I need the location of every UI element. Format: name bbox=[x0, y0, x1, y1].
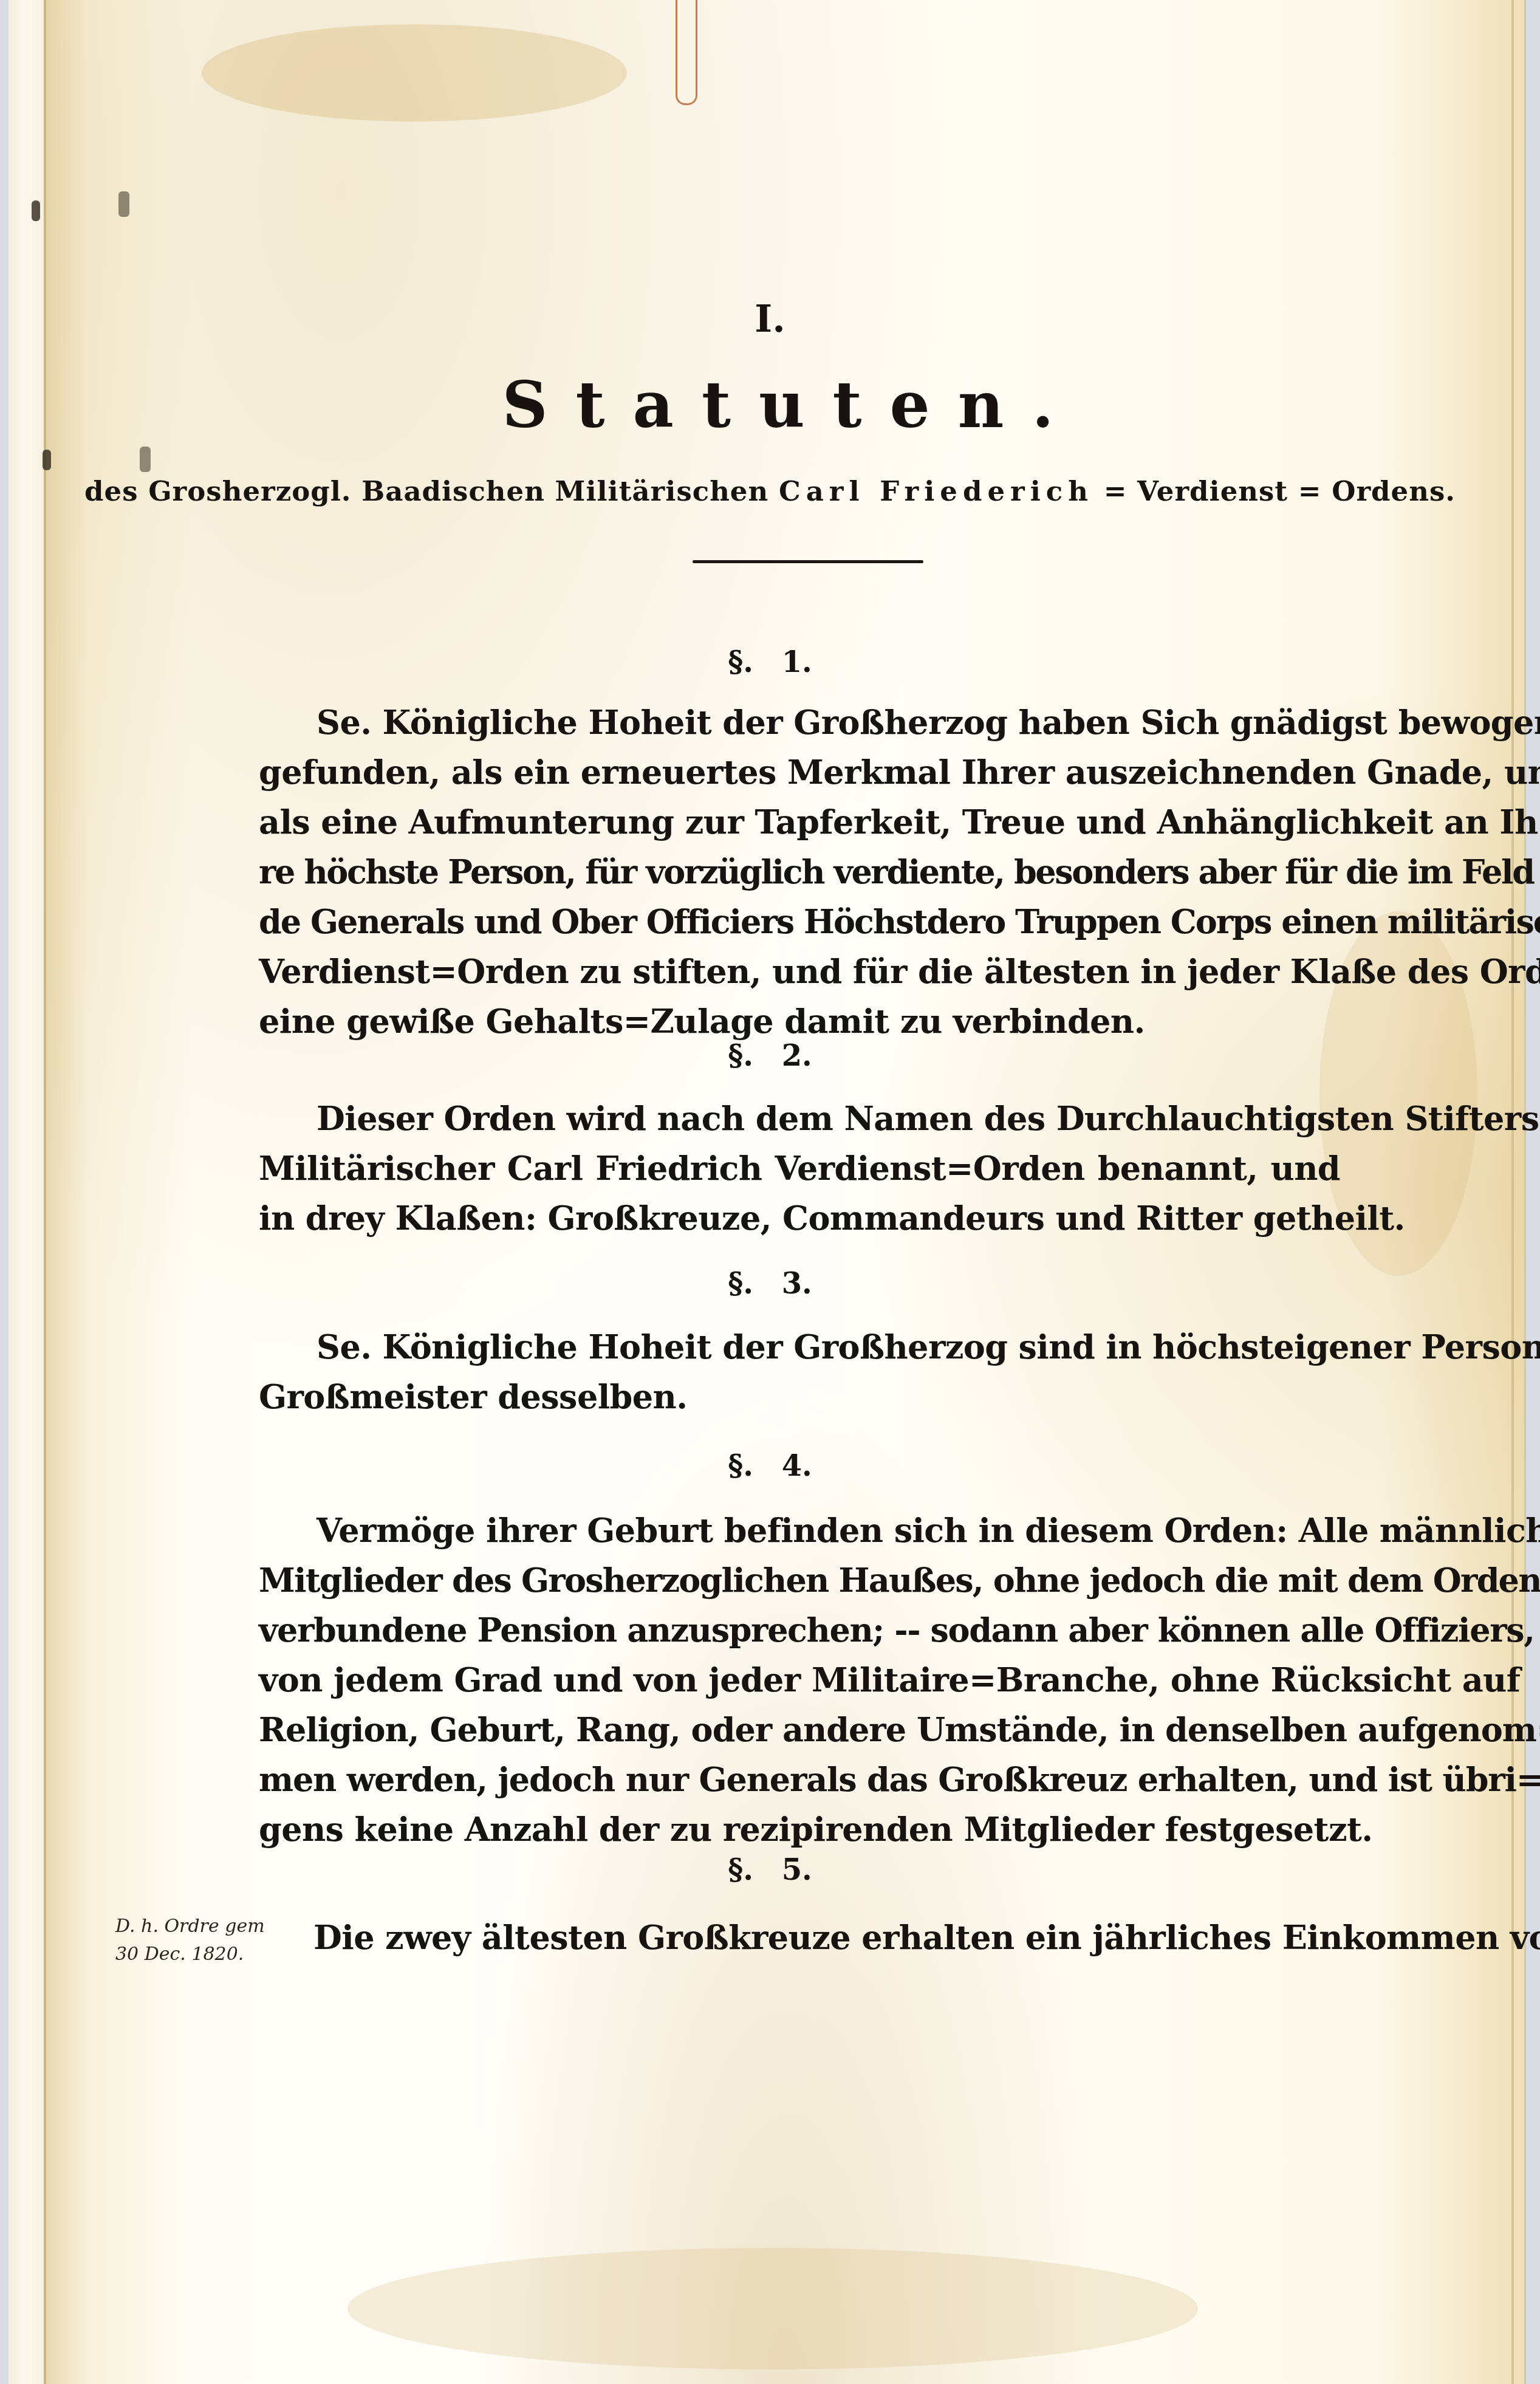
text-line: von jedem Grad und von jeder Militaire=B… bbox=[259, 1655, 1340, 1705]
text-line: Verdienst=Orden zu stiften, und für die … bbox=[259, 947, 1340, 996]
subtitle-name: Carl Friederich bbox=[779, 475, 1093, 507]
text-line: Mitglieder des Grosherzoglichen Haußes, … bbox=[259, 1555, 1340, 1605]
document-content: I. Statuten. des Grosherzogl. Baadischen… bbox=[0, 0, 1540, 2384]
section-heading-5: §. 5. bbox=[0, 1853, 1540, 1887]
section-heading-1: §. 1. bbox=[0, 645, 1540, 679]
subtitle-suffix: = Verdienst = Ordens. bbox=[1104, 475, 1456, 507]
text-line: Religion, Geburt, Rang, oder andere Umst… bbox=[259, 1705, 1340, 1755]
section-heading-4: §. 4. bbox=[0, 1449, 1540, 1483]
title-divider bbox=[693, 560, 923, 563]
text-line: Vermöge ihrer Geburt befinden sich in di… bbox=[259, 1505, 1340, 1555]
section-5-paragraph: Die zwey ältesten Großkreuze erhalten ei… bbox=[259, 1913, 1340, 1962]
text-line: verbundene Pension anzusprechen; -- soda… bbox=[259, 1605, 1340, 1655]
subtitle: des Grosherzogl. Baadischen Militärische… bbox=[0, 475, 1540, 507]
scanned-document: I. Statuten. des Grosherzogl. Baadischen… bbox=[0, 0, 1540, 2384]
chapter-numeral: I. bbox=[0, 296, 1540, 341]
text-line: Die zwey ältesten Großkreuze erhalten ei… bbox=[259, 1913, 1340, 1962]
text-line: Dieser Orden wird nach dem Namen des Dur… bbox=[259, 1094, 1340, 1143]
margin-note-line: 30 Dec. 1820. bbox=[115, 1940, 273, 1968]
text-line: re höchste Person, für vorzüglich verdie… bbox=[259, 847, 1340, 897]
text-line: gefunden, als ein erneuertes Merkmal Ihr… bbox=[259, 747, 1340, 797]
section-1-paragraph: Se. Königliche Hoheit der Großherzog hab… bbox=[259, 697, 1340, 1046]
text-line: Militärischer Carl Friedrich Verdienst=O… bbox=[259, 1143, 1340, 1193]
subtitle-prefix: des Grosherzogl. Baadischen Militärische… bbox=[84, 475, 768, 507]
text-line: men werden, jedoch nur Generals das Groß… bbox=[259, 1755, 1340, 1804]
text-line: gens keine Anzahl der zu rezipirenden Mi… bbox=[259, 1804, 1340, 1854]
section-heading-3: §. 3. bbox=[0, 1267, 1540, 1301]
text-line: Se. Königliche Hoheit der Großherzog hab… bbox=[259, 697, 1340, 747]
section-3-paragraph: Se. Königliche Hoheit der Großherzog sin… bbox=[259, 1322, 1340, 1422]
margin-note-line: D. h. Ordre gem bbox=[115, 1913, 273, 1940]
text-line: Großmeister desselben. bbox=[259, 1372, 1340, 1422]
text-line: in drey Klaßen: Großkreuze, Commandeurs … bbox=[259, 1193, 1340, 1243]
text-line: Se. Königliche Hoheit der Großherzog sin… bbox=[259, 1322, 1340, 1372]
text-line: als eine Aufmunterung zur Tapferkeit, Tr… bbox=[259, 797, 1340, 847]
section-4-paragraph: Vermöge ihrer Geburt befinden sich in di… bbox=[259, 1505, 1340, 1854]
section-2-paragraph: Dieser Orden wird nach dem Namen des Dur… bbox=[259, 1094, 1340, 1243]
section-heading-2: §. 2. bbox=[0, 1039, 1540, 1073]
text-line: de Generals und Ober Officiers Höchstder… bbox=[259, 897, 1340, 947]
page-title: Statuten. bbox=[0, 368, 1540, 442]
handwritten-margin-note: D. h. Ordre gem 30 Dec. 1820. bbox=[115, 1913, 273, 1968]
